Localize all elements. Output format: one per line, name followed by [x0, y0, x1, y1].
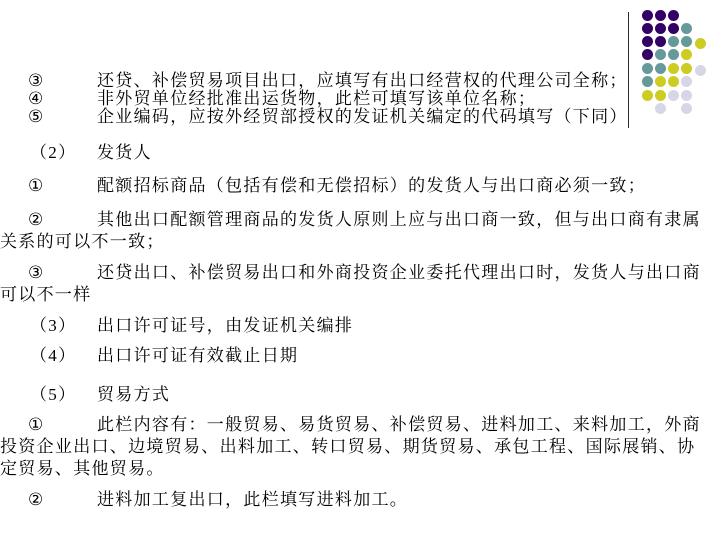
content-paragraph: ①此栏内容有：一般贸易、易货贸易、补偿贸易、进料加工、来料加工，外商投资企业出口… [0, 414, 705, 480]
paragraph-text: 企业编码，应按外经贸部授权的发证机关编定的代码填写（下同） [97, 107, 628, 126]
teal-ornament-dot [681, 36, 692, 47]
content-paragraph: ⑤企业编码，应按外经贸部授权的发证机关编定的代码填写（下同） [0, 106, 705, 128]
paragraph-marker: ⑤ [28, 106, 97, 128]
paragraph-text: 还贷出口、补偿贸易出口和外商投资企业委托代理出口时，发货人与出口商可以不一样 [0, 263, 701, 304]
paragraph-marker: ② [28, 489, 97, 511]
paragraph-text: 其他出口配额管理商品的发货人原则上应与出口商一致，但与出口商有隶属关系的可以不一… [0, 210, 701, 251]
paragraph-marker: （5） [30, 384, 97, 406]
yellow-ornament-dot [681, 49, 692, 60]
paragraph-marker: ① [28, 414, 97, 436]
purple-ornament-dot [668, 23, 679, 34]
paragraph-text: 进料加工复出口，此栏填写进料加工。 [97, 490, 408, 509]
purple-ornament-dot [655, 10, 666, 21]
content-paragraph: （3）出口许可证号，由发证机关编排 [0, 315, 705, 337]
paragraph-text: 贸易方式 [97, 385, 170, 404]
teal-ornament-dot [681, 23, 692, 34]
purple-ornament-dot [668, 10, 679, 21]
yellow-ornament-dot [695, 38, 706, 49]
content-paragraph: ②其他出口配额管理商品的发货人原则上应与出口商一致，但与出口商有隶属关系的可以不… [0, 209, 705, 253]
content-paragraph: ②进料加工复出口，此栏填写进料加工。 [0, 489, 705, 511]
purple-ornament-dot [642, 36, 653, 47]
purple-ornament-dot [655, 23, 666, 34]
paragraph-marker: （2） [30, 142, 97, 164]
paragraph-marker: ③ [28, 262, 97, 284]
paragraph-text: 配额招标商品（包括有偿和无偿招标）的发货人与出口商必须一致； [97, 176, 646, 195]
teal-ornament-dot [655, 49, 666, 60]
paragraph-marker: （4） [30, 345, 97, 367]
content-paragraph: ③还贷出口、补偿贸易出口和外商投资企业委托代理出口时，发货人与出口商可以不一样 [0, 262, 705, 306]
content-paragraph: ①配额招标商品（包括有偿和无偿招标）的发货人与出口商必须一致； [0, 175, 705, 197]
content-paragraph: （2）发货人 [0, 142, 705, 164]
content-paragraph: （5）贸易方式 [0, 384, 705, 406]
purple-ornament-dot [642, 49, 653, 60]
teal-ornament-dot [668, 49, 679, 60]
purple-ornament-dot [655, 36, 666, 47]
paragraph-text: 出口许可证有效截止日期 [97, 346, 298, 365]
teal-ornament-dot [668, 36, 679, 47]
paragraph-text: 发货人 [97, 143, 152, 162]
paragraph-text: 此栏内容有：一般贸易、易货贸易、补偿贸易、进料加工、来料加工，外商投资企业出口、… [0, 415, 701, 478]
paragraph-marker: （3） [30, 315, 97, 337]
purple-ornament-dot [642, 23, 653, 34]
paragraph-marker: ① [28, 175, 97, 197]
paragraph-marker: ② [28, 209, 97, 231]
purple-ornament-dot [642, 10, 653, 21]
paragraph-text: 出口许可证号，由发证机关编排 [97, 316, 353, 335]
content-paragraph: （4）出口许可证有效截止日期 [0, 345, 705, 367]
slide: ③还贷、补偿贸易项目出口，应填写有出口经营权的代理公司全称；④非外贸单位经批准出… [0, 0, 720, 540]
